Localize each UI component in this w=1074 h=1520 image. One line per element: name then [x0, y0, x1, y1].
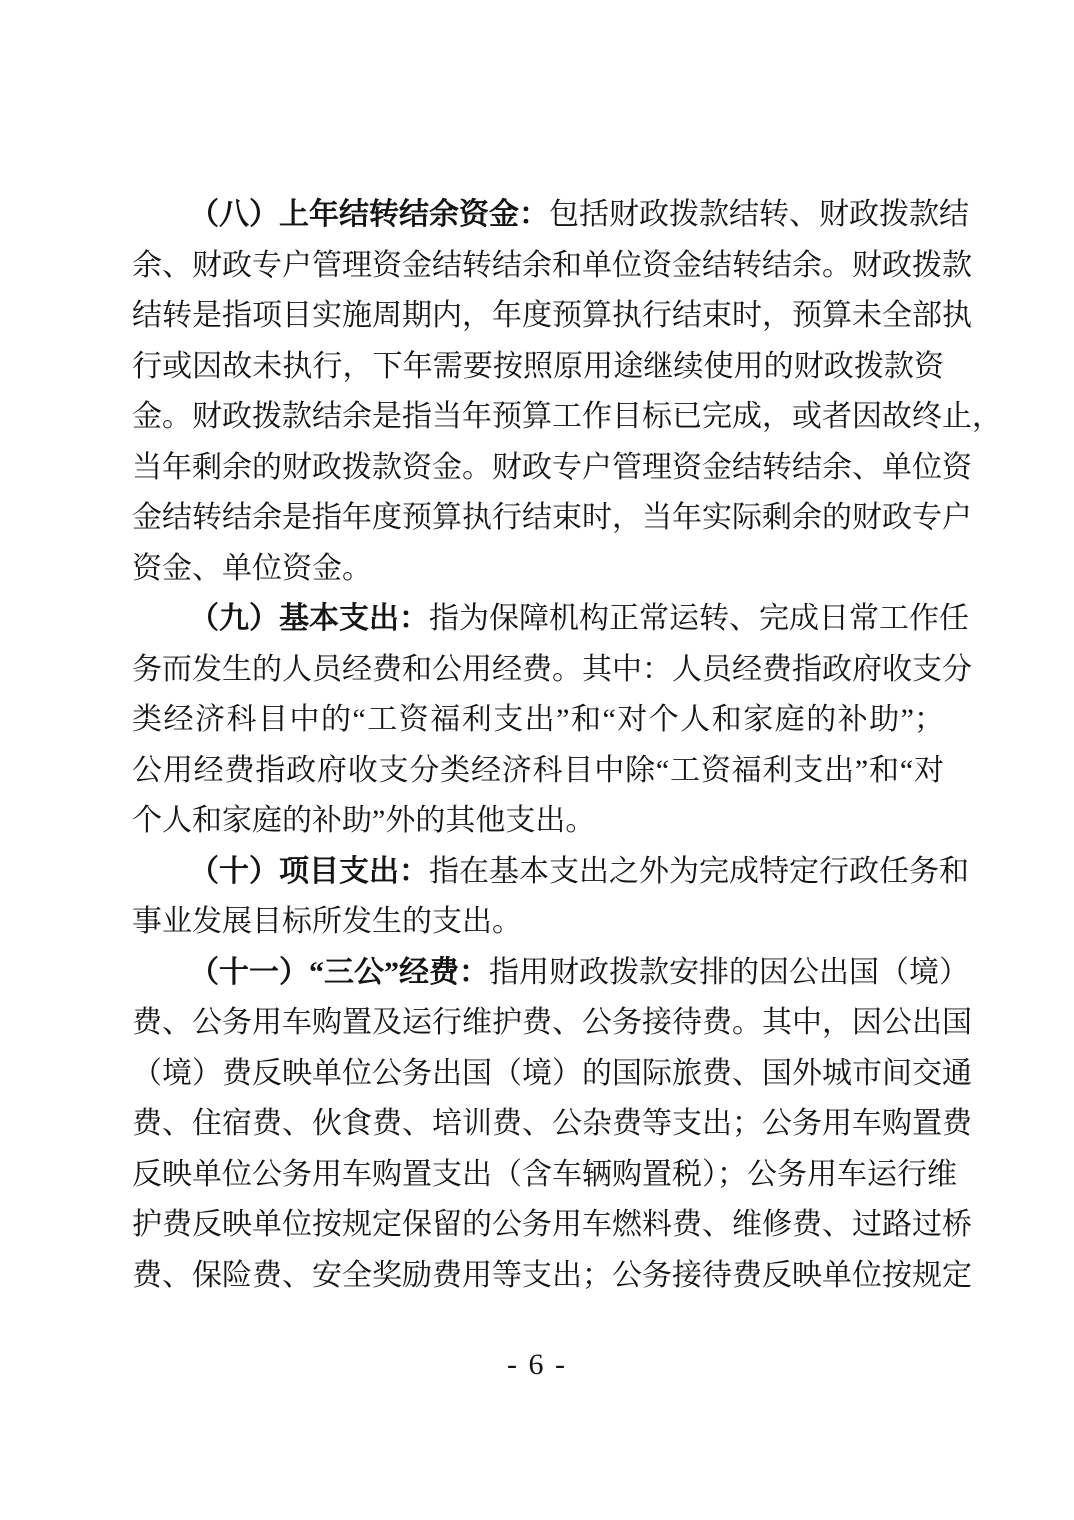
paragraph-lead: （十）项目支出：	[189, 855, 429, 888]
line-text: 资金、单位资金。	[132, 552, 372, 585]
line-text: 费、公务用车购置及运行维护费、公务接待费。其中，因公出国	[132, 1006, 972, 1039]
text-line: 事业发展目标所发生的支出。	[132, 897, 944, 948]
text-line: 护费反映单位按规定保留的公务用车燃料费、维修费、过路过桥	[132, 1200, 944, 1251]
text-line: （九）基本支出：指为保障机构正常运转、完成日常工作任	[132, 594, 944, 645]
line-text: 结转是指项目实施周期内，年度预算执行结束时，预算未全部执	[132, 299, 972, 332]
line-text: 当年剩余的财政拨款资金。财政专户管理资金结转结余、单位资	[132, 451, 972, 484]
paragraph-lead: （八）上年结转结余资金：	[189, 198, 549, 231]
text-line: 资金、单位资金。	[132, 544, 944, 595]
text-line: 反映单位公务用车购置支出（含车辆购置税）；公务用车运行维	[132, 1150, 944, 1201]
line-text: 护费反映单位按规定保留的公务用车燃料费、维修费、过路过桥	[132, 1208, 972, 1241]
text-line: 行或因故未执行，下年需要按照原用途继续使用的财政拨款资	[132, 342, 944, 393]
line-text: 包括财政拨款结转、财政拨款结	[549, 198, 969, 231]
text-line: 费、保险费、安全奖励费用等支出；公务接待费反映单位按规定	[132, 1251, 944, 1302]
line-text: 指为保障机构正常运转、完成日常工作任	[429, 602, 969, 635]
text-line: 务而发生的人员经费和公用经费。其中：人员经费指政府收支分	[132, 645, 944, 696]
line-text: 指用财政拨款安排的因公出国（境）	[489, 956, 969, 989]
text-line: 当年剩余的财政拨款资金。财政专户管理资金结转结余、单位资	[132, 443, 944, 494]
line-text: 反映单位公务用车购置支出（含车辆购置税）；公务用车运行维	[132, 1158, 957, 1191]
line-text: 类经济科目中的“工资福利支出”和“对个人和家庭的补助”；	[132, 703, 944, 736]
line-text: 指在基本支出之外为完成特定行政任务和	[429, 855, 969, 888]
text-line: 个人和家庭的补助”外的其他支出。	[132, 796, 944, 847]
line-text: （境）费反映单位公务出国（境）的国际旅费、国外城市间交通	[132, 1057, 972, 1090]
document-page: （八）上年结转结余资金：包括财政拨款结转、财政拨款结余、财政专户管理资金结转结余…	[0, 0, 1074, 1520]
text-line: （十一）“三公”经费：指用财政拨款安排的因公出国（境）	[132, 948, 944, 999]
text-line: 结转是指项目实施周期内，年度预算执行结束时，预算未全部执	[132, 291, 944, 342]
text-line: 类经济科目中的“工资福利支出”和“对个人和家庭的补助”；	[132, 695, 944, 746]
line-text: 金。财政拨款结余是指当年预算工作目标已完成，或者因故终止，	[132, 400, 1002, 433]
document-body: （八）上年结转结余资金：包括财政拨款结转、财政拨款结余、财政专户管理资金结转结余…	[132, 190, 944, 1301]
text-line: 费、住宿费、伙食费、培训费、公杂费等支出；公务用车购置费	[132, 1099, 944, 1150]
text-line: 公用经费指政府收支分类经济科目中除“工资福利支出”和“对	[132, 746, 944, 797]
line-text: 金结转结余是指年度预算执行结束时，当年实际剩余的财政专户	[132, 501, 972, 534]
text-line: 费、公务用车购置及运行维护费、公务接待费。其中，因公出国	[132, 998, 944, 1049]
line-text: 事业发展目标所发生的支出。	[132, 905, 522, 938]
line-text: 务而发生的人员经费和公用经费。其中：人员经费指政府收支分	[132, 653, 972, 686]
text-line: （十）项目支出：指在基本支出之外为完成特定行政任务和	[132, 847, 944, 898]
line-text: 个人和家庭的补助”外的其他支出。	[132, 804, 595, 837]
text-line: （境）费反映单位公务出国（境）的国际旅费、国外城市间交通	[132, 1049, 944, 1100]
page-number: - 6 -	[0, 1348, 1074, 1382]
paragraph-lead: （九）基本支出：	[189, 602, 429, 635]
text-line: 余、财政专户管理资金结转结余和单位资金结转结余。财政拨款	[132, 241, 944, 292]
line-text: 行或因故未执行，下年需要按照原用途继续使用的财政拨款资	[132, 350, 944, 383]
line-text: 费、保险费、安全奖励费用等支出；公务接待费反映单位按规定	[132, 1259, 972, 1292]
paragraph-lead: （十一）“三公”经费：	[189, 956, 489, 989]
text-line: 金结转结余是指年度预算执行结束时，当年实际剩余的财政专户	[132, 493, 944, 544]
line-text: 费、住宿费、伙食费、培训费、公杂费等支出；公务用车购置费	[132, 1107, 972, 1140]
text-line: 金。财政拨款结余是指当年预算工作目标已完成，或者因故终止，	[132, 392, 944, 443]
line-text: 余、财政专户管理资金结转结余和单位资金结转结余。财政拨款	[132, 249, 972, 282]
line-text: 公用经费指政府收支分类经济科目中除“工资福利支出”和“对	[132, 754, 944, 787]
text-line: （八）上年结转结余资金：包括财政拨款结转、财政拨款结	[132, 190, 944, 241]
